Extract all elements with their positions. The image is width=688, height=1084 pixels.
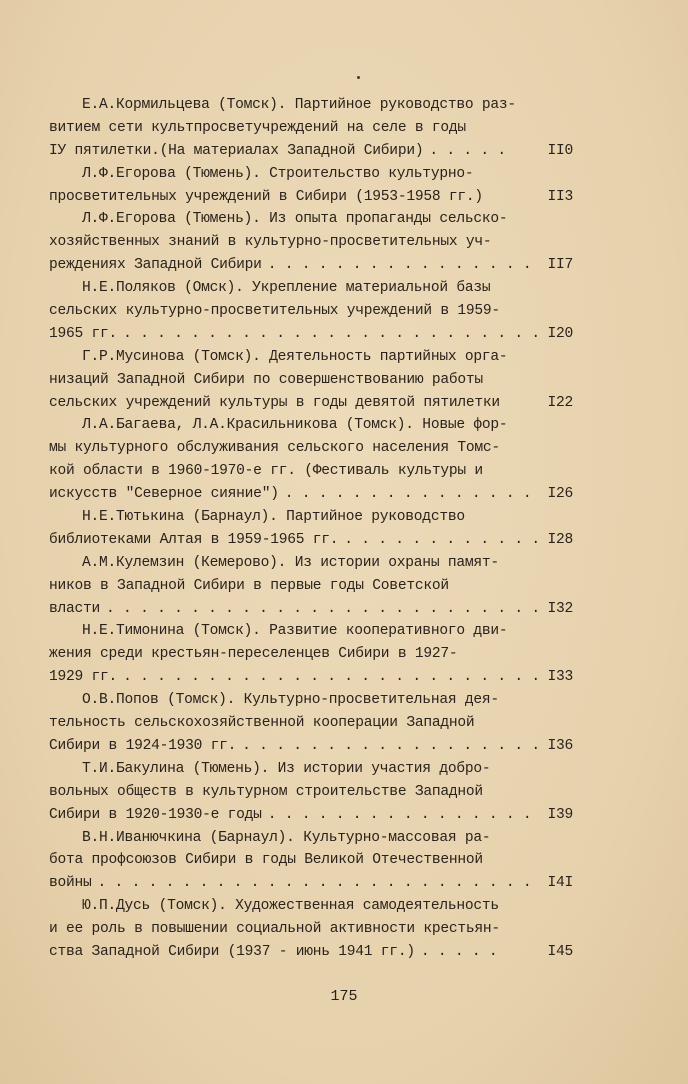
toc-entry-text: Г.Р.Мусинова (Томск). Деятельность парти… — [82, 346, 507, 369]
toc-entry-title-line: 1929 гг.I33 — [49, 666, 573, 689]
toc-entry-title-line: хозяйственных знаний в культурно-просвет… — [49, 231, 573, 254]
dot-leader — [92, 872, 537, 895]
toc-entry: Л.Ф.Егорова (Тюмень). Строительство куль… — [49, 163, 573, 209]
dot-leader — [117, 323, 537, 346]
toc-entry-page-number: I20 — [537, 323, 573, 346]
toc-entry-author-line: Л.Ф.Егорова (Тюмень). Строительство куль… — [49, 163, 573, 186]
toc-entry: Л.Ф.Егорова (Тюмень). Из опыта пропаганд… — [49, 208, 573, 277]
toc-entry-text: Л.Ф.Егорова (Тюмень). Строительство куль… — [82, 163, 473, 186]
dot-leader — [279, 483, 537, 506]
toc-entry-author-line: Л.Ф.Егорова (Тюмень). Из опыта пропаганд… — [49, 208, 573, 231]
toc-entry-text: Н.Е.Тимонина (Томск). Развитие кооперати… — [82, 620, 507, 643]
toc-entry-text: ников в Западной Сибири в первые годы Со… — [49, 575, 449, 598]
toc-entry-title-line: мы культурного обслуживания сельского на… — [49, 437, 573, 460]
toc-entry-text: IУ пятилетки.(На материалах Западной Сиб… — [49, 140, 423, 163]
toc-entry-title-line: кой области в 1960-1970-е гг. (Фестиваль… — [49, 460, 573, 483]
toc-entry-page-number: I39 — [537, 804, 573, 827]
toc-entry-text: тельность сельскохозяйственной коопераци… — [49, 712, 474, 735]
dot-leader — [236, 735, 537, 758]
toc-entry: Л.А.Багаева, Л.А.Красильникова (Томск). … — [49, 414, 573, 506]
toc-entry-page-number: II0 — [537, 140, 573, 163]
toc-entry-text: О.В.Попов (Томск). Культурно-просветител… — [82, 689, 499, 712]
toc-entry-title-line: жения среди крестьян-переселенцев Сибири… — [49, 643, 573, 666]
toc-entry-title-line: сельских культурно-просветительных учреж… — [49, 300, 573, 323]
toc-entry-text: Л.Ф.Егорова (Тюмень). Из опыта пропаганд… — [82, 208, 507, 231]
toc-entry-text: бота профсоюзов Сибири в годы Великой От… — [49, 849, 483, 872]
toc-entry-text: витием сети культпросветучреждений на се… — [49, 117, 466, 140]
toc-entry-author-line: Г.Р.Мусинова (Томск). Деятельность парти… — [49, 346, 573, 369]
toc-entry-title-line: ства Западной Сибири (1937 - июнь 1941 г… — [49, 941, 573, 964]
toc-entry-author-line: Н.Е.Поляков (Омск). Укрепление материаль… — [49, 277, 573, 300]
toc-entry-title-line: бота профсоюзов Сибири в годы Великой От… — [49, 849, 573, 872]
toc-entry-author-line: Т.И.Бакулина (Тюмень). Из истории участи… — [49, 758, 573, 781]
dot-leader — [423, 140, 508, 163]
dot-leader — [100, 598, 537, 621]
toc-entry-text: реждениях Западной Сибири — [49, 254, 262, 277]
toc-entry-title-line: 1965 гг.I20 — [49, 323, 573, 346]
toc-entry-page-number: I22 — [537, 392, 573, 415]
toc-entry-title-line: низаций Западной Сибири по совершенствов… — [49, 369, 573, 392]
toc-entry-title-line: тельность сельскохозяйственной коопераци… — [49, 712, 573, 735]
toc-entry: Ю.П.Дусь (Томск). Художественная самодея… — [49, 895, 573, 964]
paper-speck — [357, 76, 360, 79]
toc-entry-text: хозяйственных знаний в культурно-просвет… — [49, 231, 491, 254]
toc-entry: Е.А.Кормильцева (Томск). Партийное руков… — [49, 94, 573, 163]
toc-entry-text: сельских культурно-просветительных учреж… — [49, 300, 500, 323]
toc-entry-title-line: властиI32 — [49, 598, 573, 621]
toc-entry: О.В.Попов (Томск). Культурно-просветител… — [49, 689, 573, 758]
toc-entry: Г.Р.Мусинова (Томск). Деятельность парти… — [49, 346, 573, 415]
toc-entry-author-line: Л.А.Багаева, Л.А.Красильникова (Томск). … — [49, 414, 573, 437]
toc-entry-title-line: библиотеками Алтая в 1959-1965 гг.I28 — [49, 529, 573, 552]
page-number: 175 — [0, 988, 688, 1005]
toc-entry-author-line: О.В.Попов (Томск). Культурно-просветител… — [49, 689, 573, 712]
toc-entry-text: просветительных учреждений в Сибири (195… — [49, 186, 483, 209]
toc-entry-page-number: I33 — [537, 666, 573, 689]
toc-entry: Т.И.Бакулина (Тюмень). Из истории участи… — [49, 758, 573, 827]
toc-entry-title-line: просветительных учреждений в Сибири (195… — [49, 186, 573, 209]
toc-entry-text: Ю.П.Дусь (Томск). Художественная самодея… — [82, 895, 499, 918]
toc-entry-title-line: вольных обществ в культурном строительст… — [49, 781, 573, 804]
toc-entry-title-line: IУ пятилетки.(На материалах Западной Сиб… — [49, 140, 573, 163]
dot-leader — [415, 941, 500, 964]
toc-entry-text: Сибири в 1924-1930 гг. — [49, 735, 236, 758]
toc-entry-title-line: искусств "Северное сияние")I26 — [49, 483, 573, 506]
toc-entry-page-number: I28 — [537, 529, 573, 552]
toc-entry-text: Т.И.Бакулина (Тюмень). Из истории участи… — [82, 758, 490, 781]
dot-leader — [262, 254, 537, 277]
toc-entry: Н.Е.Тимонина (Томск). Развитие кооперати… — [49, 620, 573, 689]
dot-leader — [338, 529, 537, 552]
toc-entry-text: Е.А.Кормильцева (Томск). Партийное руков… — [82, 94, 516, 117]
toc-entry-text: библиотеками Алтая в 1959-1965 гг. — [49, 529, 338, 552]
toc-entry-author-line: Е.А.Кормильцева (Томск). Партийное руков… — [49, 94, 573, 117]
toc-entry-text: Н.Е.Тютькина (Барнаул). Партийное руково… — [82, 506, 465, 529]
dot-leader — [117, 666, 537, 689]
toc-entry: Н.Е.Поляков (Омск). Укрепление материаль… — [49, 277, 573, 346]
toc-entry-text: 1965 гг. — [49, 323, 117, 346]
toc-entry-text: В.Н.Иванючкина (Барнаул). Культурно-масс… — [82, 827, 490, 850]
toc-entry-page-number: I36 — [537, 735, 573, 758]
toc-entry-page-number: I26 — [537, 483, 573, 506]
document-page: Е.А.Кормильцева (Томск). Партийное руков… — [0, 0, 688, 1084]
toc-entry-text: сельских учреждений культуры в годы девя… — [49, 392, 500, 415]
toc-entry-title-line: и ее роль в повышении социальной активно… — [49, 918, 573, 941]
toc-entry-author-line: Ю.П.Дусь (Томск). Художественная самодея… — [49, 895, 573, 918]
toc-entry-text: 1929 гг. — [49, 666, 117, 689]
toc-entry-author-line: А.М.Кулемзин (Кемерово). Из истории охра… — [49, 552, 573, 575]
toc-entry-text: Л.А.Багаева, Л.А.Красильникова (Томск). … — [82, 414, 507, 437]
toc-entry-title-line: ников в Западной Сибири в первые годы Со… — [49, 575, 573, 598]
toc-entry-text: войны — [49, 872, 92, 895]
toc-entry-text: Сибири в 1920-1930-е годы — [49, 804, 262, 827]
toc-entry: В.Н.Иванючкина (Барнаул). Культурно-масс… — [49, 827, 573, 896]
toc-entry-text: ства Западной Сибири (1937 - июнь 1941 г… — [49, 941, 415, 964]
toc-entry-text: низаций Западной Сибири по совершенствов… — [49, 369, 483, 392]
toc-entry: Н.Е.Тютькина (Барнаул). Партийное руково… — [49, 506, 573, 552]
toc-entry-text: кой области в 1960-1970-е гг. (Фестиваль… — [49, 460, 483, 483]
toc-entry-text: А.М.Кулемзин (Кемерово). Из истории охра… — [82, 552, 499, 575]
toc-entry-title-line: сельских учреждений культуры в годы девя… — [49, 392, 573, 415]
toc-entry-text: жения среди крестьян-переселенцев Сибири… — [49, 643, 457, 666]
toc-entry-page-number: I45 — [537, 941, 573, 964]
toc-entry-text: мы культурного обслуживания сельского на… — [49, 437, 500, 460]
toc-entry-text: и ее роль в повышении социальной активно… — [49, 918, 500, 941]
toc-entry-page-number: II7 — [537, 254, 573, 277]
toc-entry-text: вольных обществ в культурном строительст… — [49, 781, 483, 804]
toc-entry-title-line: Сибири в 1920-1930-е годыI39 — [49, 804, 573, 827]
toc-entry-page-number: II3 — [537, 186, 573, 209]
toc-entry-author-line: Н.Е.Тютькина (Барнаул). Партийное руково… — [49, 506, 573, 529]
toc-entry-text: Н.Е.Поляков (Омск). Укрепление материаль… — [82, 277, 490, 300]
toc-entry-text: искусств "Северное сияние") — [49, 483, 279, 506]
dot-leader — [262, 804, 537, 827]
toc-entry-title-line: реждениях Западной СибириII7 — [49, 254, 573, 277]
toc-entry-title-line: войныI4I — [49, 872, 573, 895]
toc-entry-title-line: витием сети культпросветучреждений на се… — [49, 117, 573, 140]
toc-entry-author-line: В.Н.Иванючкина (Барнаул). Культурно-масс… — [49, 827, 573, 850]
table-of-contents: Е.А.Кормильцева (Томск). Партийное руков… — [49, 94, 573, 964]
toc-entry-page-number: I32 — [537, 598, 573, 621]
toc-entry-page-number: I4I — [537, 872, 573, 895]
toc-entry-text: власти — [49, 598, 100, 621]
toc-entry: А.М.Кулемзин (Кемерово). Из истории охра… — [49, 552, 573, 621]
toc-entry-title-line: Сибири в 1924-1930 гг.I36 — [49, 735, 573, 758]
toc-entry-author-line: Н.Е.Тимонина (Томск). Развитие кооперати… — [49, 620, 573, 643]
